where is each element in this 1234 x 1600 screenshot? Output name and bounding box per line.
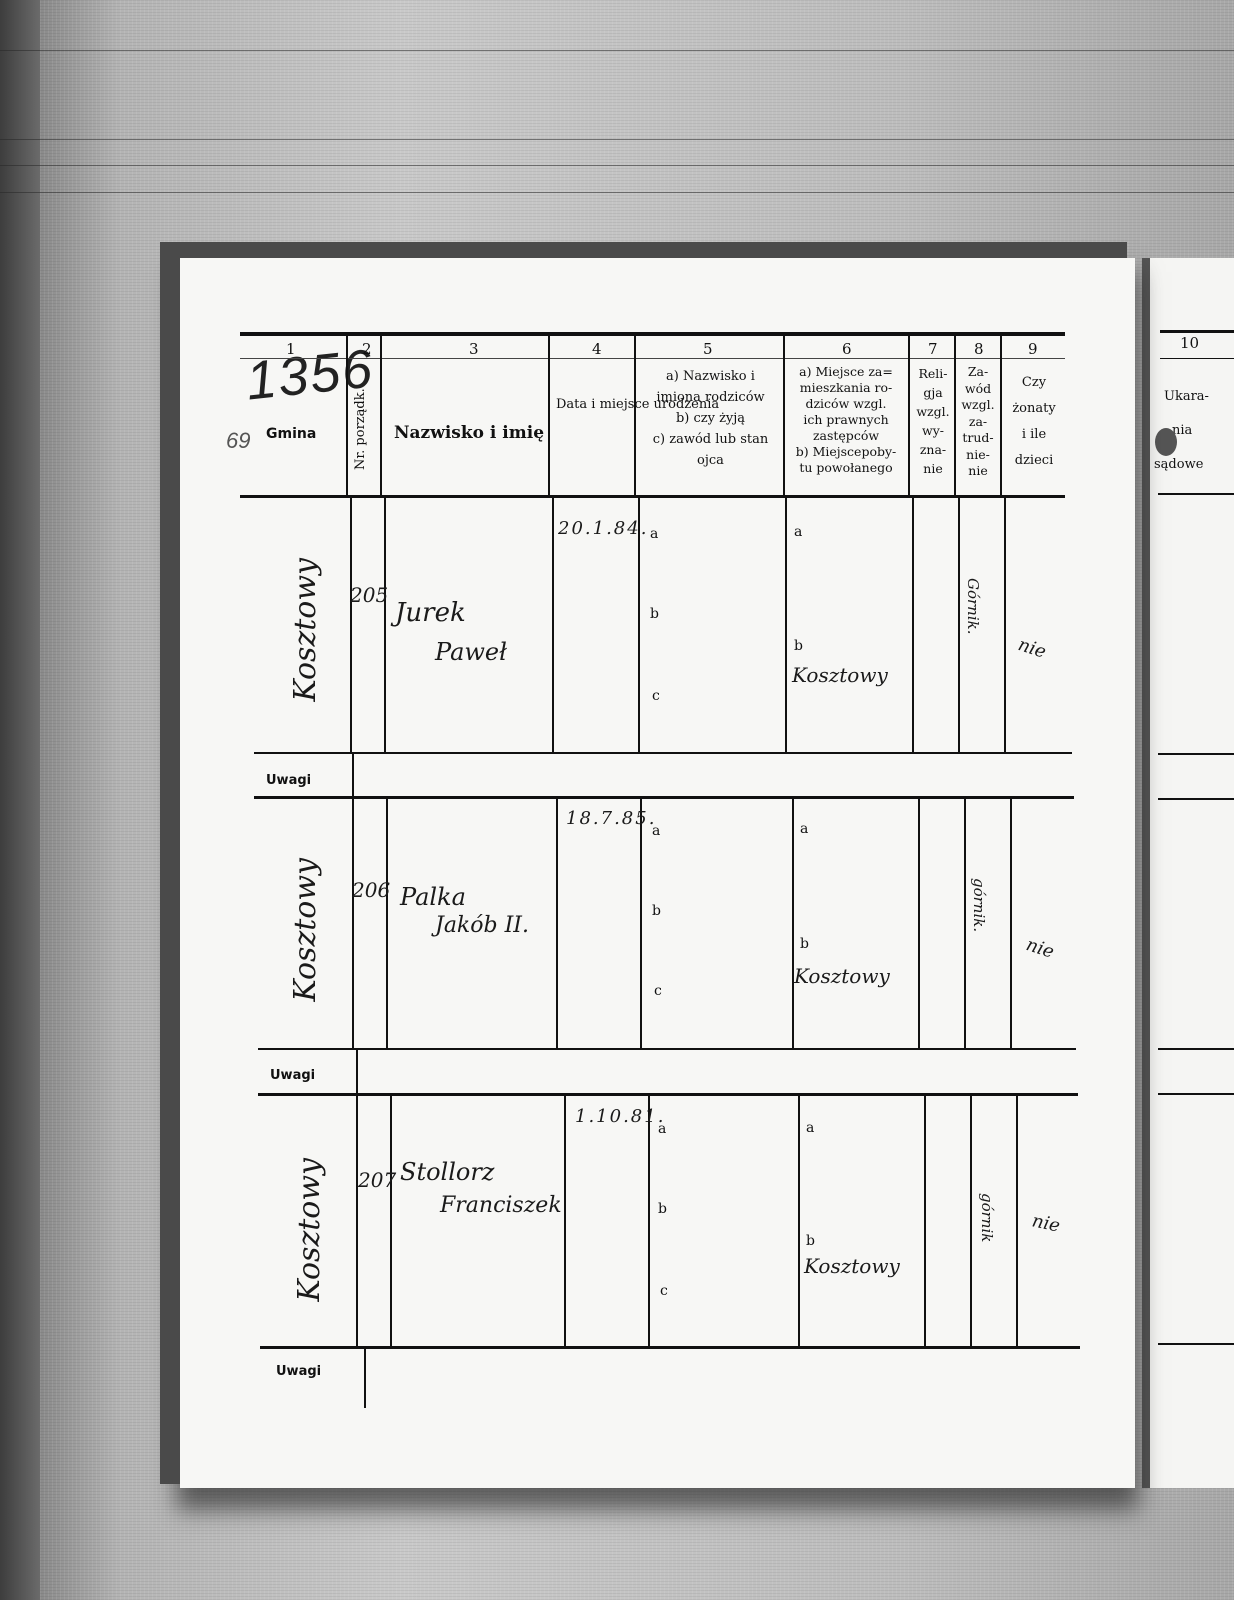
ink-blot [1155,428,1177,456]
row3-res-a: a [806,1120,814,1136]
row1-gmina: Kosztowy [288,558,323,702]
row2-birth-date: 18.7.85. [566,808,656,829]
column-header-married: Czy żonaty i ile dzieci [1002,370,1066,474]
row2-nr: 206 [352,878,390,902]
column-header-birth: Data i miejsce urodzenia [556,396,634,413]
header-top-rule [240,332,1065,336]
column-header-religion: Reli- gja wzgl. wy- zna- nie [910,364,956,478]
conscription-register-page: 1356 69 1 2 3 4 5 6 7 8 9 Gmina Nr. porz… [180,258,1135,1488]
row1-remarks-label: Uwagi [266,773,311,788]
row1-res-a: a [794,524,802,540]
row2-res-b: b [800,936,809,952]
column-header-residence: a) Miejsce za= mieszkania ro- dziców wzg… [784,364,908,476]
scan-edge-shadow [0,0,40,1600]
row1-sub-b: b [650,606,659,622]
row2-sub-c: c [654,983,662,999]
row1-residence: Kosztowy [792,663,888,687]
row3-birth-date: 1.10.81. [575,1106,665,1127]
scan-artifact-line [0,165,1234,166]
row1-res-b: b [794,638,803,654]
column-number-10: 10 [1180,334,1199,352]
pencil-number: 69 [226,428,250,454]
row2-res-a: a [800,821,808,837]
column-number-1: 1 [286,340,296,358]
row1-sub-c: c [652,688,660,704]
column-number-9: 9 [1028,340,1038,358]
row3-remarks-label: Uwagi [276,1364,321,1379]
row1-sub-a: a [650,526,658,542]
row3-surname: Stollorz [400,1158,494,1186]
header-bottom-rule [240,495,1065,498]
column-header-occupation: Za- wód wzgl. za- trud- nie- nie [956,364,1000,480]
column-number-3: 3 [469,340,479,358]
row1-given-name: Paweł [435,638,507,666]
scan-artifact-line [0,139,1234,140]
column-header-gmina: Gmina [266,426,316,442]
row3-gmina: Kosztowy [292,1158,327,1302]
row3-sub-b: b [658,1201,667,1217]
column-number-7: 7 [928,340,938,358]
row3-res-b: b [806,1233,815,1249]
row3-given-name: Franciszek [440,1193,562,1218]
row3-nr: 207 [358,1168,396,1192]
row2-surname: Palka [400,883,466,911]
row2-gmina: Kosztowy [288,858,323,1002]
column-number-8: 8 [974,340,984,358]
column-header-name: Nazwisko i imię [394,423,544,443]
row3-sub-c: c [660,1283,668,1299]
row1-married: nie [1015,634,1048,663]
column-number-6: 6 [842,340,852,358]
row2-occupation: górnik. [970,878,988,932]
adjacent-page: 10 Ukara- nia sądowe [1142,258,1234,1488]
row1-nr: 205 [350,583,388,607]
column-header-10-line3: sądowe [1154,456,1203,473]
row2-sub-a: a [652,823,660,839]
row3-sub-a: a [658,1121,666,1137]
column-header-parents: a) Nazwisko i imiona rodziców b) czy żyj… [638,366,783,471]
row1-birth-date: 20.1.84. [558,518,648,539]
row2-married: nie [1023,934,1056,963]
column-header-10-line1: Ukara- [1164,388,1209,405]
scan-artifact-line [0,50,1234,51]
row3-residence: Kosztowy [804,1254,900,1278]
column-number-4: 4 [592,340,602,358]
row2-given-name: Jakób II. [435,913,529,938]
row1-surname: Jurek [395,598,466,628]
row2-sub-b: b [652,903,661,919]
row3-married: nie [1030,1210,1062,1236]
scan-artifact-line [0,192,1234,193]
row3-occupation: górnik [978,1193,996,1242]
row1-occupation: Górnik. [964,578,982,635]
row2-residence: Kosztowy [794,964,890,988]
row2-remarks-label: Uwagi [270,1068,315,1083]
column-number-2: 2 [362,340,372,358]
column-number-5: 5 [703,340,713,358]
column-header-nr: Nr. porządk. [352,368,369,490]
